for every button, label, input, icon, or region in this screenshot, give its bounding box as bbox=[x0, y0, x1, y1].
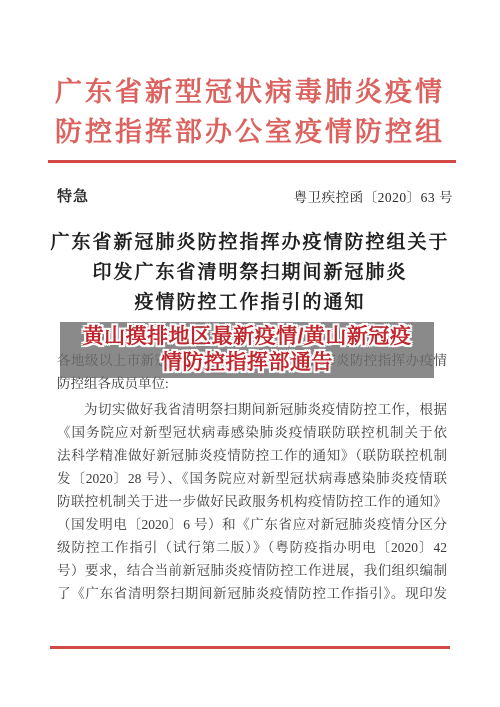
scanned-official-document: 广东省新型冠状病毒肺炎疫情 防控指挥部办公室疫情防控组 特急 粤卫疾控函〔202… bbox=[0, 0, 500, 707]
body-line: （国发明电〔2020〕6 号）和《广东省应对新冠肺炎疫情分区分 bbox=[57, 513, 447, 536]
document-title-line-1: 广东省新冠肺炎防控指挥办疫情防控组关于 bbox=[0, 228, 500, 258]
urgency-label: 特急 bbox=[57, 185, 89, 206]
letterhead-line-1: 广东省新型冠状病毒肺炎疫情 bbox=[0, 72, 500, 112]
red-separator-rule-bottom bbox=[50, 646, 450, 649]
red-separator-rule-top bbox=[48, 160, 456, 163]
overlay-headline-banner: 黄山摸排地区最新疫情/黄山新冠疫 情防控指挥部通告 bbox=[60, 322, 434, 378]
overlay-headline-line-1: 黄山摸排地区最新疫情/黄山新冠疫 bbox=[60, 324, 434, 350]
body-line: 级防控工作指引（试行第二版）》（粤防疫指办明电〔2020〕42 bbox=[57, 536, 447, 559]
letterhead: 广东省新型冠状病毒肺炎疫情 防控指挥部办公室疫情防控组 bbox=[0, 72, 500, 152]
body-line: 了《广东省清明祭扫期间新冠肺炎疫情防控工作指引》。现印发 bbox=[57, 582, 447, 605]
body-line: 法科学精准做好新冠肺炎疫情防控工作的通知》（联防联控机制 bbox=[57, 444, 447, 467]
letterhead-line-2: 防控指挥部办公室疫情防控组 bbox=[0, 112, 500, 152]
document-title-line-2: 印发广东省清明祭扫期间新冠肺炎 bbox=[0, 258, 500, 288]
body-line: 发〔2020〕28 号）、《国务院应对新型冠状病毒感染肺炎疫情联 bbox=[57, 467, 447, 490]
document-meta-row: 特急 粤卫疾控函〔2020〕63 号 bbox=[57, 185, 453, 206]
body-line: 为切实做好我省清明祭扫期间新冠肺炎疫情防控工作，根据 bbox=[57, 398, 447, 421]
body-line: 《国务院应对新型冠状病毒感染肺炎疫情联防联控机制关于依 bbox=[57, 421, 447, 444]
body-line: 号）要求，结合当前新冠肺炎疫情防控工作进展，我们组织编制 bbox=[57, 559, 447, 582]
document-number: 粤卫疾控函〔2020〕63 号 bbox=[294, 186, 453, 206]
document-title: 广东省新冠肺炎防控指挥办疫情防控组关于 印发广东省清明祭扫期间新冠肺炎 疫情防控… bbox=[0, 228, 500, 318]
body-paragraph: 为切实做好我省清明祭扫期间新冠肺炎疫情防控工作，根据 《国务院应对新型冠状病毒感… bbox=[57, 398, 447, 605]
overlay-headline-line-2: 情防控指挥部通告 bbox=[60, 350, 434, 376]
document-title-line-3: 疫情防控工作指引的通知 bbox=[0, 288, 500, 318]
body-line: 防联控机制关于进一步做好民政服务机构疫情防控工作的通知》 bbox=[57, 490, 447, 513]
